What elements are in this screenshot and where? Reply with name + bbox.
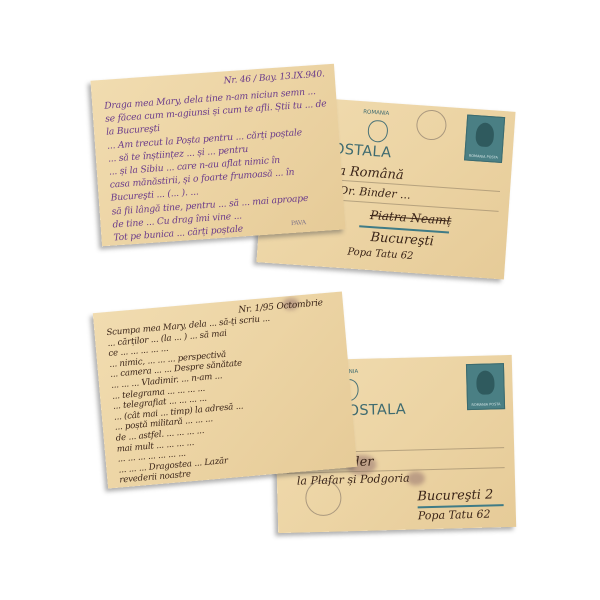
stamp-label: ROMANIA POSTA — [468, 402, 504, 407]
king-portrait-icon — [476, 370, 495, 394]
coat-of-arms-icon — [367, 120, 388, 143]
address-line-4: Bucureşti 2 — [417, 487, 515, 505]
postcard-1-letter: Nr. 46 / Bay. 13.IX.940. Draga mea Mary,… — [91, 64, 346, 247]
king-portrait-icon — [475, 122, 495, 147]
postcard-2-letter: Nr. 1/95 Octombrie Scumpa mea Mary, dela… — [93, 291, 357, 488]
letter-body: Scumpa mea Mary, dela ... să-ți scriu ..… — [106, 308, 349, 486]
postage-stamp: ROMANIA POSTA — [466, 363, 505, 410]
postage-stamp: ROMANIA POSTA — [464, 114, 505, 163]
stamp-label: ROMANIA POSTA — [465, 153, 501, 160]
postmark — [415, 109, 447, 141]
address-line-5: Popa Tatu 62 — [418, 507, 516, 523]
country-label: ROMANIA — [363, 109, 390, 117]
